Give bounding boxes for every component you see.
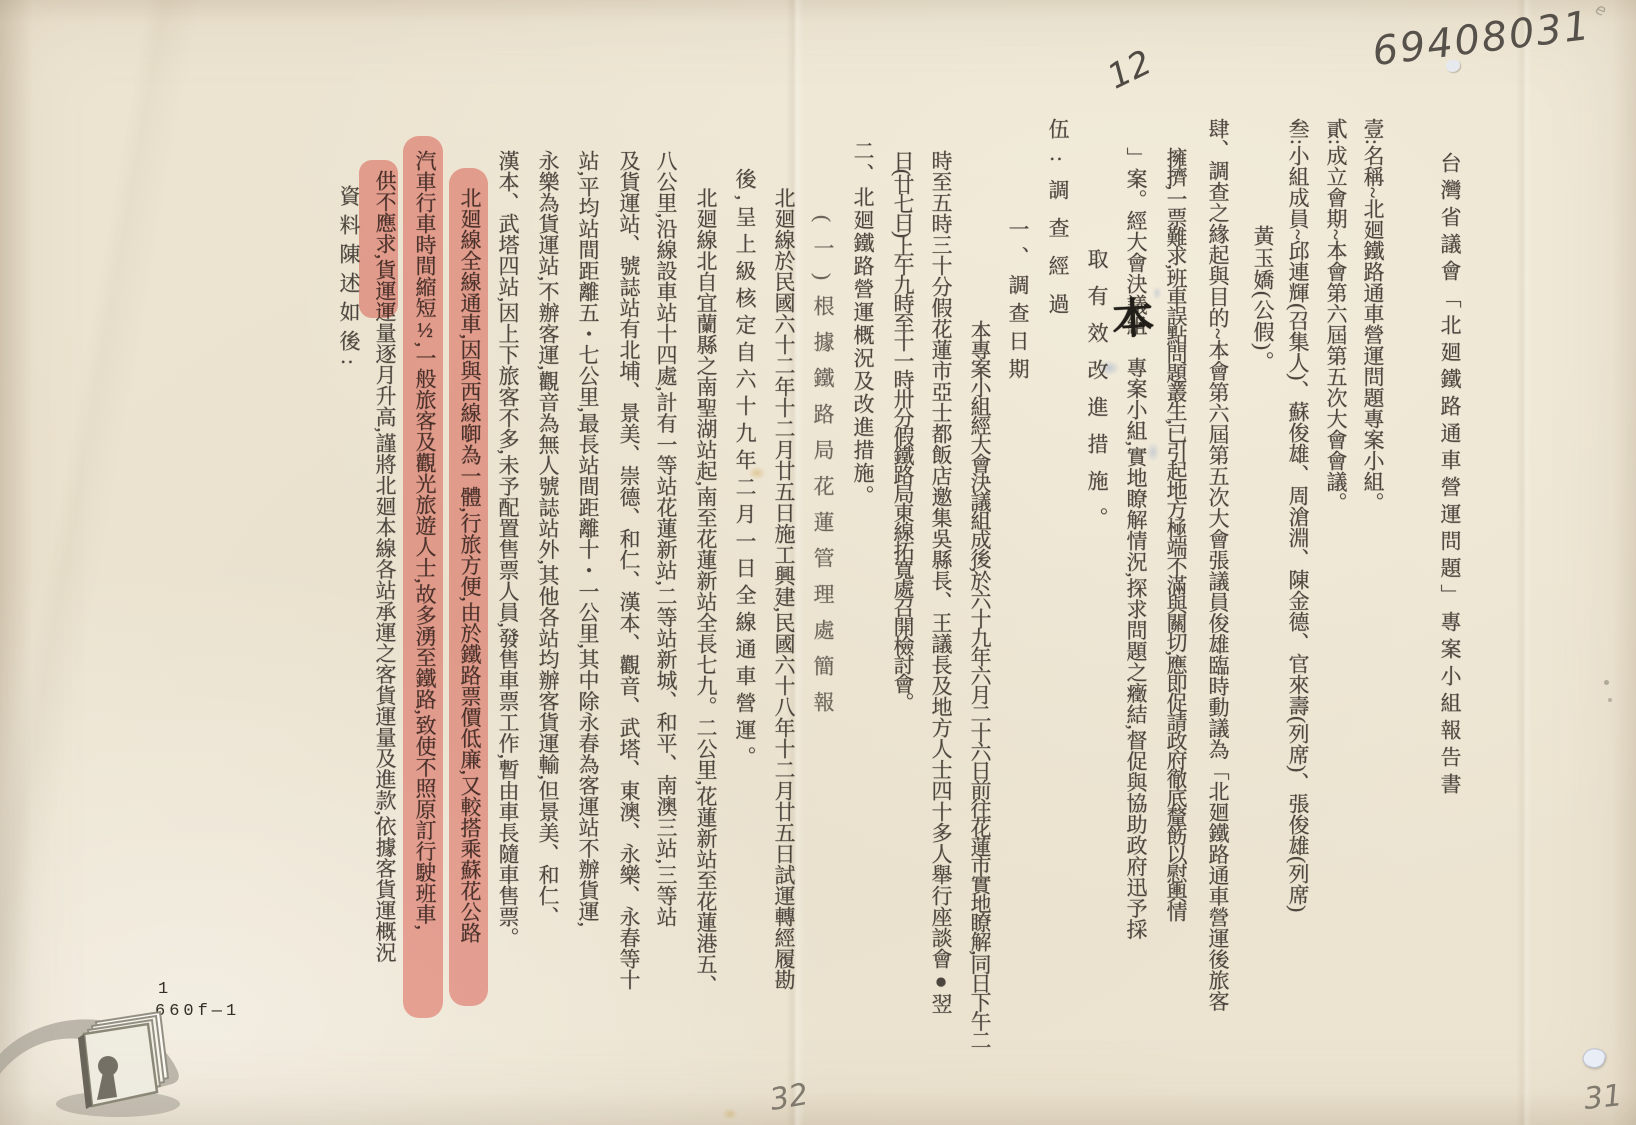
text-column: 永樂為貨運站,不辦客運,觀音為無人號誌站外,其他各站均辦客貨運輸,但景美、和仁、 (534, 150, 561, 927)
text-column-item4: 肆、調查之緣起與目的~本會第六屆第五次大會張議員俊雄臨時動議為「北廻鐵路通車營運… (1204, 118, 1231, 1011)
text-column: 時至五時三十分假花蓮市亞士都飯店邀集吳縣長、王議長及地方人士四十多人舉行座談會●… (927, 150, 954, 1014)
text-column-item2: 貳:成立會期~本會第六屆第五次大會會議。 (1322, 118, 1349, 513)
text-column: 本專案小組經大會決議組成後,於六十九年六月二十六日前往花蓮市實地瞭解,同日下午二 (966, 320, 993, 1049)
paper-speck (1580, 1045, 1607, 1071)
book-keyhole-icon (0, 1012, 180, 1117)
handwritten-sheet-number-center: 32 (767, 1077, 811, 1118)
text-column: 」案。經大會決議組 專案小組,實地瞭解情況,探求問題之癥結,督促與協助政府迅予採 (1122, 147, 1149, 940)
handwritten-page-number-top: 12 (1101, 43, 1157, 98)
document-title-column: 台灣省議會「北廻鐵路通車營運問題」專案小組報告書 (1436, 152, 1463, 800)
archives-watermark-logo (0, 1008, 200, 1125)
text-column: 及貨運站、號誌站有北埔、景美、崇德、和仁、漢本、觀音、武塔、東澳、永樂、永春等十 (615, 150, 642, 990)
text-column-highlighted: 汽車行車時間縮短½,一般旅客及觀光旅遊人士,故多湧至鐵路,致使不照原訂行駛班車, (411, 150, 438, 930)
document-page: 台灣省議會「北廻鐵路通車營運問題」專案小組報告書 壹:名稱~北廻鐵路通車營運問題… (0, 0, 1636, 1125)
text-column: 供不應求,貨運運量逐月升高,謹將北廻本線各站承運之客貨運量及進款,依據客貨運概況 (371, 170, 398, 963)
text-column-sub2: 二、北廻鐵路營運概況及改進措施。 (849, 140, 876, 508)
text-column: 北廻線於民國六十二年十二月廿五日施工興建,民國六十八年十二月廿五日試運轉經履勘 (770, 187, 797, 990)
text-column: 日(廿七日)上午九時至十一時卅分假鐵路局東線拓寬處召開檢討會。 (889, 150, 916, 711)
stain (722, 1108, 738, 1120)
text-column: (一)根據鐵路局花蓮管理處簡報 (809, 215, 836, 727)
handwritten-corner-mark: e (1593, 0, 1610, 20)
text-column: 漢本、武塔四站,因上下旅客不多,未予配置售票人員,發售車票工作,暫由車長隨車售票… (494, 150, 521, 948)
handwritten-serial-number: 69408031 (1370, 3, 1594, 75)
text-column-item5: 伍:調查經過 (1044, 118, 1071, 331)
text-column: 擁擠,一票難求,班車誤點問題叢生,已引起地方極端不滿與關切,應即促請政府徹底釐飭… (1162, 147, 1189, 920)
text-column-sub1: 一、調查日期 (1004, 218, 1031, 386)
footer-copy-number: 1 (158, 980, 172, 999)
text-column-closing: 資料陳述如後: (335, 185, 362, 373)
text-column: 取有效改進措施。 (1083, 248, 1110, 544)
text-column: 北廻線北自宜蘭縣之南聖湖站起,南至花蓮新站全長七九。二公里,花蓮新站至花蓮港五、 (692, 187, 719, 996)
paper-speck (1604, 680, 1609, 685)
text-column-item3b: 黃玉嬌(公假)。 (1249, 225, 1276, 373)
ink-smudge (1152, 286, 1162, 300)
handwritten-inserted-char: 本 (1110, 285, 1155, 347)
paper-speck (1608, 698, 1612, 702)
text-column-item3: 叁:小組成員~邱連輝(召集人)、蘇俊雄、周滄淵、陳金德、官來壽(列席)、張俊雄(… (1284, 118, 1311, 912)
handwritten-sheet-number-right: 31 (1582, 1078, 1624, 1117)
text-column-highlighted: 北廻線全線通車,因與西線啣為一體,行旅方便,由於鐵路票價低廉,又較搭乘蘇花公路 (456, 187, 483, 943)
paper-fold-line (1516, 0, 1532, 1125)
text-column: 站,平均站間距離五・七公里,最長站間距離十・一公里,其中除永春為客運站不辦貨運, (574, 150, 601, 927)
text-column-item1: 壹:名稱~北廻鐵路通車營運問題專案小組。 (1359, 118, 1386, 513)
text-column: 八公里,沿線設車站十四處,計有一等站花蓮新站,二等站新城、和平、南澳三站,三等站 (652, 150, 679, 927)
text-column: 後,呈上級核定自六十九年二月一日全線通車營運。 (731, 168, 758, 773)
